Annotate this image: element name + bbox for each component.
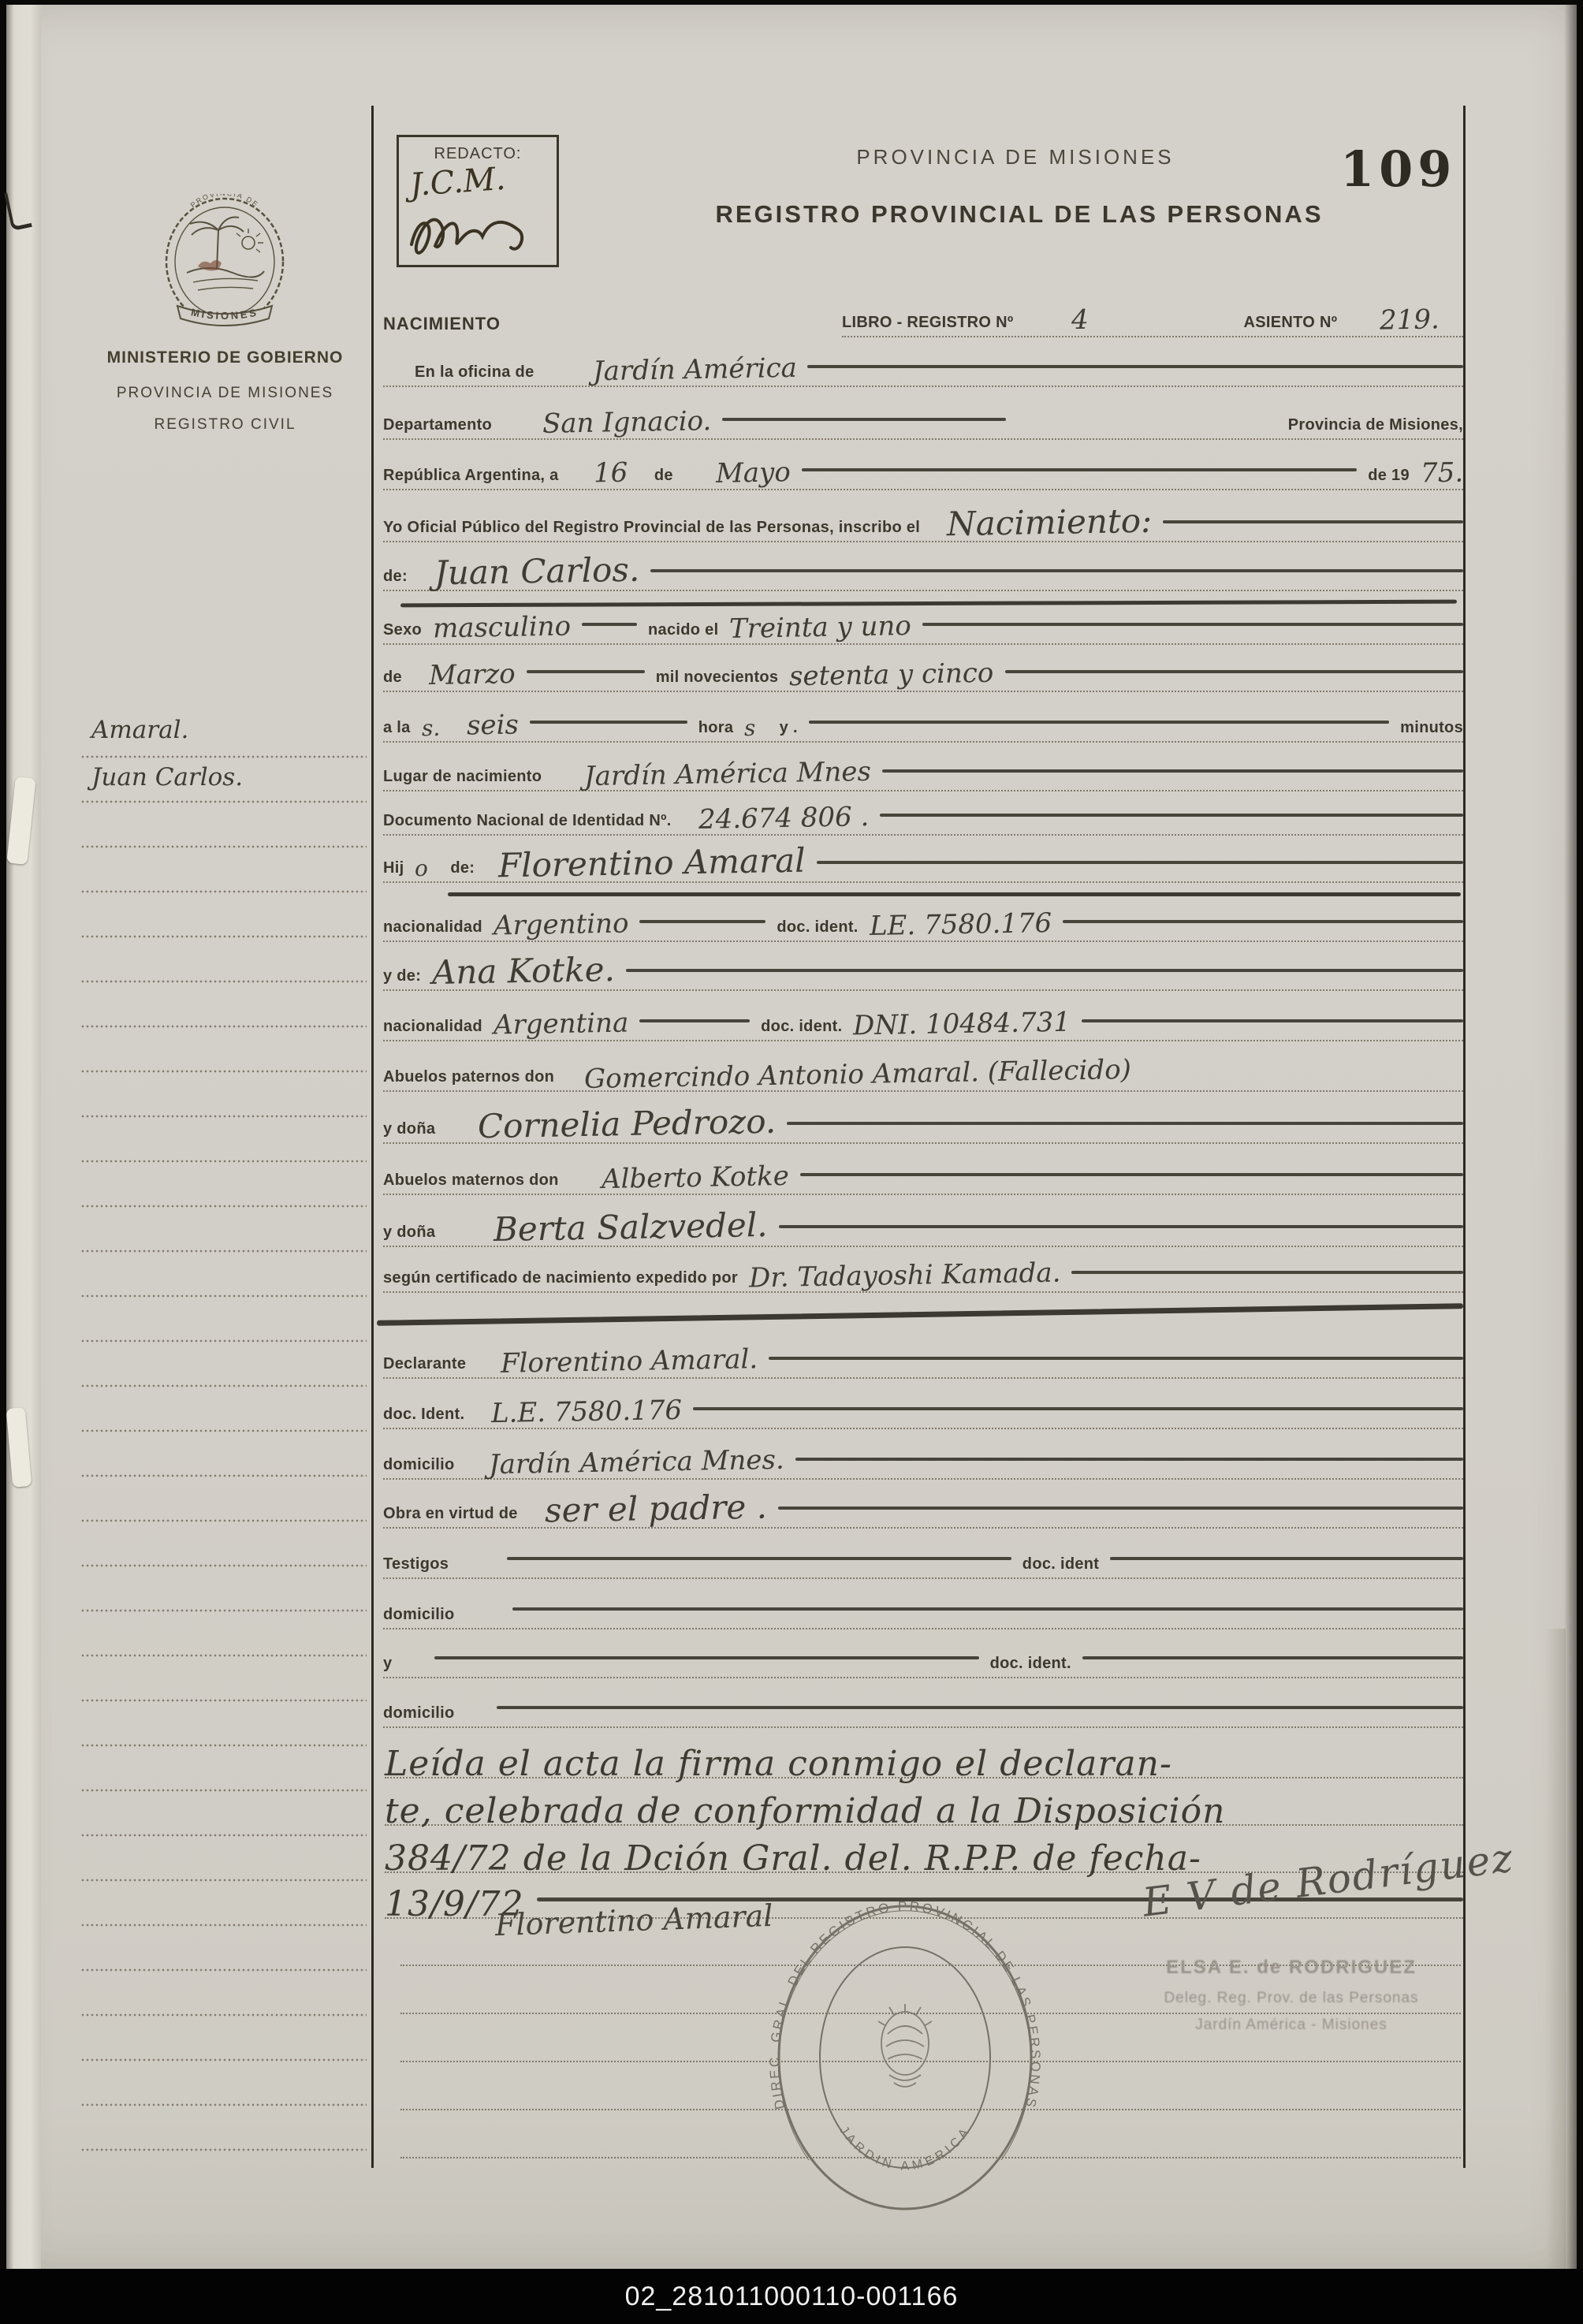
milnove-label: mil novecientos: [656, 669, 779, 686]
abpat-label: Abuelos paternos don: [383, 1069, 554, 1086]
certificado-value: Dr. Tadayoshi Kamada.: [749, 1261, 1061, 1290]
row-testigo-domicilio: domicilio: [383, 1582, 1463, 1629]
pen-stroke: [497, 1706, 1463, 1709]
docident1-value: LE. 7580.176: [869, 911, 1052, 939]
oficina-label: En la oficina de: [415, 364, 534, 381]
asiento-label: ASIENTO Nº: [1243, 315, 1337, 331]
row-inscribo: Yo Oficial Público del Registro Provinci…: [383, 495, 1463, 542]
redacto-box: REDACTO: J.C.M.: [397, 135, 559, 267]
left-panel: MISIONES PROVINCIA DE MINISTERIO DE GOBI…: [81, 194, 369, 434]
ministry-province: PROVINCIA DE MISIONES: [81, 385, 369, 402]
ministry-title: MINISTERIO DE GOBIERNO: [81, 348, 369, 367]
declarante-doc-label: doc. Ident.: [383, 1406, 464, 1423]
de19-label: de 19: [1368, 467, 1410, 484]
row-abuelos-maternos: Abuelos maternos don Alberto Kotke: [383, 1148, 1463, 1195]
testigos-doc-label: doc. ident: [1022, 1556, 1099, 1573]
abuela-pat-value: Cornelia Pedrozo.: [478, 1107, 777, 1142]
row-obra: Obra en virtud de ser el padre .: [383, 1481, 1463, 1529]
pen-stroke: [800, 1173, 1463, 1176]
pen-stroke: [1163, 520, 1463, 523]
milnove-value: setenta y cinco: [789, 661, 994, 689]
declarante-label: Declarante: [383, 1356, 466, 1372]
row-abuela-paterna: y doña Cornelia Pedrozo.: [383, 1097, 1463, 1144]
official-name: ELSA E. de RODRIGUEZ: [1110, 1957, 1473, 1979]
domicilio2-label: domicilio: [383, 1607, 454, 1623]
pen-stroke: [1063, 920, 1463, 923]
docident2-value: DNI. 10484.731: [853, 1011, 1071, 1038]
row-declarante-doc: doc. Ident. L.E. 7580.176: [383, 1382, 1463, 1429]
hijo-label: Hij: [383, 860, 404, 877]
row-hora: a la s. seis hora s y . minutos: [383, 695, 1463, 743]
row-declarante-domicilio: domicilio Jardín América Mnes.: [383, 1432, 1463, 1480]
declarante-doc-value: L.E. 7580.176: [491, 1398, 683, 1426]
scan-footer-bar: 02_281011000110-001166: [0, 2269, 1583, 2324]
departamento-label: Departamento: [383, 417, 492, 434]
ydona2-label: y doña: [383, 1224, 435, 1241]
pen-stroke: [434, 1656, 978, 1659]
pen-stroke: [817, 861, 1463, 864]
pen-stroke: [722, 418, 1006, 421]
nacido-value: Treinta y uno: [729, 614, 911, 642]
row-nombre: de: Juan Carlos.: [383, 544, 1463, 591]
departamento-right-label: Provincia de Misiones,: [1288, 417, 1463, 434]
pen-stroke: [787, 1122, 1463, 1125]
row-abuela-materna: y doña Berta Salzvedel.: [383, 1200, 1463, 1247]
y2-label: y: [383, 1655, 392, 1672]
form-left-rule: [371, 106, 374, 2168]
pen-stroke: [639, 1019, 750, 1022]
libro-label: LIBRO - REGISTRO Nº: [842, 315, 1013, 331]
binding-strip: [6, 5, 41, 2280]
mes-value: Mayo: [716, 461, 791, 486]
hora-s-value: s: [744, 718, 756, 738]
pen-stroke: [802, 468, 1358, 471]
row-nacionalidad-padre: nacionalidad Argentino doc. ident. LE. 7…: [383, 895, 1463, 942]
pen-stroke: [1110, 1557, 1463, 1560]
official-ink-stamp: ELSA E. de RODRIGUEZ Deleg. Reg. Prov. d…: [1110, 1957, 1473, 2034]
obra-label: Obra en virtud de: [383, 1506, 518, 1522]
document-page: MISIONES PROVINCIA DE MINISTERIO DE GOBI…: [6, 5, 1577, 2280]
scan-code: 02_281011000110-001166: [625, 2281, 959, 2312]
pen-stroke: [795, 1458, 1463, 1461]
pen-stroke: [1005, 670, 1463, 673]
de-name-value: Juan Carlos.: [434, 555, 640, 588]
header-registry-title: REGISTRO PROVINCIAL DE LAS PERSONAS: [645, 200, 1394, 229]
row-departamento: Departamento San Ignacio. Provincia de M…: [383, 393, 1463, 440]
obra-value: ser el padre .: [544, 1492, 767, 1526]
svg-text:· JARDIN AMERICA ·: · JARDIN AMERICA ·: [769, 1900, 974, 2173]
sexo-label: Sexo: [383, 622, 422, 639]
y-label: y .: [780, 720, 798, 736]
next-page-edge: [1545, 1629, 1566, 2280]
row-dni: Documento Nacional de Identidad Nº. 24.6…: [383, 788, 1463, 836]
pen-stroke: [527, 670, 645, 673]
row-sexo-nacido: Sexo masculino nacido el Treinta y uno: [383, 598, 1463, 645]
row-testigos: Testigos doc. ident: [383, 1532, 1463, 1579]
pen-stroke: [507, 1557, 1011, 1560]
mes2-label: de: [383, 669, 402, 686]
pen-stroke: [693, 1407, 1463, 1410]
docident1-label: doc. ident.: [777, 919, 858, 936]
departamento-value: San Ignacio.: [542, 410, 712, 437]
margin-ruled-lines: [81, 755, 367, 2179]
pen-stroke: [922, 623, 1463, 626]
abpat-value: Gomercindo Antonio Amaral. (Fallecido): [584, 1058, 1131, 1092]
abmat-label: Abuelos maternos don: [383, 1172, 559, 1189]
mes2-value: Marzo: [429, 662, 516, 688]
pen-stroke: [778, 1507, 1463, 1510]
inscribo-label: Yo Oficial Público del Registro Provinci…: [383, 520, 920, 536]
pen-stroke: [1082, 1656, 1463, 1659]
pen-stroke: [650, 569, 1463, 572]
closing-text: 384/72 de la Dción Gral. del. R.P.P. de …: [385, 1843, 1201, 1875]
section-label: NACIMIENTO: [383, 315, 501, 333]
domicilio3-label: domicilio: [383, 1705, 454, 1722]
pen-stroke: [882, 769, 1463, 773]
y2-doc-label: doc. ident.: [990, 1655, 1071, 1672]
row-testigo2: y doc. ident.: [383, 1631, 1463, 1678]
abuela-mat-value: Berta Salzvedel.: [494, 1210, 768, 1245]
oficina-value: Jardín América: [592, 356, 796, 384]
official-location: Jardín América - Misiones: [1110, 2017, 1473, 2034]
row-fecha-registro: República Argentina, a 16 de Mayo de 19 …: [383, 443, 1463, 490]
pen-stroke: [626, 969, 1463, 972]
pen-strike-line: [377, 1303, 1463, 1326]
dni-label: Documento Nacional de Identidad Nº.: [383, 813, 672, 829]
pen-stroke: [530, 721, 687, 724]
ministry-office: REGISTRO CIVIL: [81, 416, 369, 434]
yde-label: y de:: [383, 968, 421, 985]
pen-stroke: [769, 1357, 1463, 1360]
nac1-value: Argentino: [494, 912, 629, 939]
closing-text: te, celebrada de conformidad a la Dispos…: [385, 1796, 1225, 1827]
pen-stroke: [1082, 1019, 1463, 1022]
pen-stroke: [512, 1607, 1463, 1611]
hora-label: hora: [698, 720, 734, 736]
pen-stroke: [639, 920, 765, 923]
inscribo-value: Nacimiento:: [947, 506, 1153, 539]
lugar-label: Lugar de nacimiento: [383, 769, 542, 785]
closing-line-1: Leída el acta la firma conmigo el declar…: [385, 1733, 1463, 1778]
page-right-shadow: [1564, 5, 1577, 2280]
row-certificado: según certificado de nacimiento expedido…: [383, 1246, 1463, 1293]
stamp-inner-text: · JARDIN AMERICA ·: [769, 1900, 974, 2173]
row-madre: y de: Ana Kotke.: [383, 944, 1463, 991]
row-oficina: En la oficina de Jardín América: [383, 340, 1463, 387]
lugar-value: Jardín América Mnes: [584, 760, 871, 789]
pen-stroke: [582, 623, 637, 626]
declarante-value: Florentino Amaral.: [501, 1348, 758, 1376]
row-declarante: Declarante Florentino Amaral.: [383, 1331, 1463, 1379]
redactor-initials: J.C.M.: [409, 161, 507, 203]
dni-value: 24.674 806 .: [698, 806, 869, 832]
misiones-seal-icon: MISIONES PROVINCIA DE: [81, 194, 369, 332]
row-mes-anio-nac: de Marzo mil novecientos setenta y cinco: [383, 645, 1463, 692]
republica-label: República Argentina, a: [383, 467, 559, 484]
hijo-o-value: o: [415, 858, 428, 878]
nacido-label: nacido el: [648, 622, 718, 639]
domicilio-label: domicilio: [383, 1457, 454, 1473]
testigos-label: Testigos: [383, 1556, 449, 1573]
redactor-signature-squiggle: [400, 199, 553, 262]
hora-value: seis: [467, 713, 519, 739]
nac2-value: Argentina: [494, 1011, 629, 1038]
nac2-label: nacionalidad: [383, 1019, 482, 1035]
pen-stroke: [880, 814, 1463, 817]
de-name-label: de:: [383, 568, 408, 585]
pen-stroke: [807, 365, 1463, 368]
pen-stroke: [1071, 1271, 1463, 1274]
row-abuelos-paternos: Abuelos paternos don Gomercindo Antonio …: [383, 1045, 1463, 1092]
page-number: 109: [1340, 140, 1456, 198]
redacto-label: REDACTO:: [399, 145, 557, 163]
libro-value: 4: [1071, 308, 1089, 333]
certificado-label: según certificado de nacimiento expedido…: [383, 1270, 738, 1287]
official-title: Deleg. Reg. Prov. de las Personas: [1110, 1990, 1473, 2007]
hijo-de-label: de:: [450, 860, 475, 877]
margin-surname: Amaral.: [91, 716, 367, 744]
header-province: PROVINCIA DE MISIONES: [826, 145, 1205, 169]
row-lugar: Lugar de nacimiento Jardín América Mnes: [383, 744, 1463, 791]
ydona1-label: y doña: [383, 1121, 435, 1138]
round-office-stamp-icon: DIREC. GRAL. DEL REGISTRO PROVINCIAL DE …: [769, 1900, 1041, 2218]
de-label: de: [654, 467, 673, 484]
closing-text: Leída el acta la firma conmigo el declar…: [385, 1749, 1172, 1780]
madre-value: Ana Kotke.: [432, 955, 615, 988]
anio-value: 75.: [1421, 461, 1464, 486]
dia-value: 16: [593, 461, 628, 486]
sexo-value: masculino: [433, 615, 572, 642]
abmat-value: Alberto Kotke: [601, 1164, 788, 1192]
docident2-label: doc. ident.: [761, 1019, 842, 1035]
pen-stroke: [779, 1225, 1463, 1228]
asiento-value: 219.: [1380, 308, 1440, 333]
row-hijo-de: Hij o de: Florentino Amaral: [383, 836, 1463, 883]
svg-text:MISIONES: MISIONES: [190, 306, 259, 322]
alas-s-value: s.: [421, 718, 440, 739]
row-testigo2-domicilio: domicilio: [383, 1681, 1463, 1728]
row-nacionalidad-madre: nacionalidad Argentina doc. ident. DNI. …: [383, 994, 1463, 1041]
seal-bottom-text: MISIONES: [190, 306, 259, 322]
pen-stroke: [809, 721, 1389, 724]
padre-value: Florentino Amaral: [498, 846, 806, 881]
closing-line-2: te, celebrada de conformidad a la Dispos…: [385, 1780, 1463, 1826]
row-libro-asiento: LIBRO - REGISTRO Nº 4 ASIENTO Nº 219.: [842, 290, 1463, 337]
minutos-label: minutos: [1400, 720, 1463, 736]
nac1-label: nacionalidad: [383, 919, 482, 936]
domicilio-value: Jardín América Mnes.: [489, 1448, 784, 1477]
alas-label: a la: [383, 720, 411, 736]
